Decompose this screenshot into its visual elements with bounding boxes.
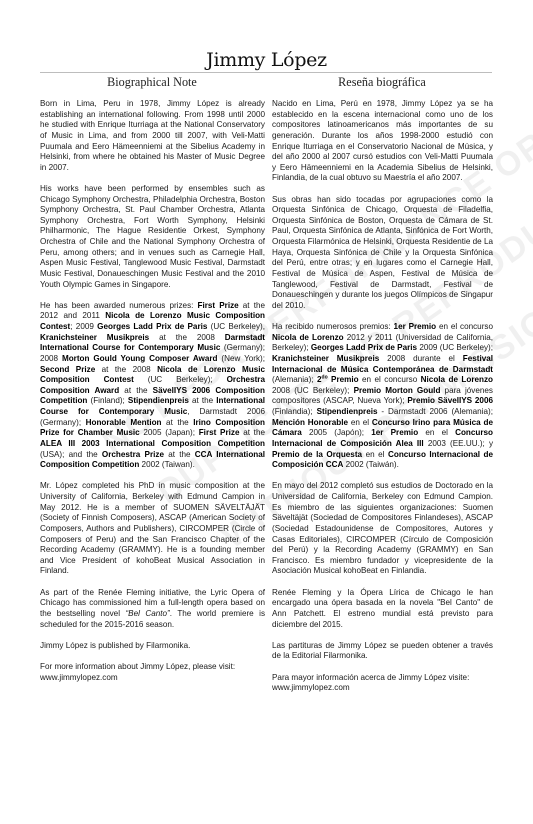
title-divider — [40, 72, 492, 73]
english-more-info-text: For more information about Jimmy López, … — [40, 662, 235, 671]
english-paragraph-opera: As part of the Renée Fleming initiative,… — [40, 588, 265, 631]
spanish-paragraph-phd: En mayo del 2012 completó sus estudios d… — [272, 481, 493, 577]
spanish-paragraph-prizes: Ha recibido numerosos premios: 1er Premi… — [272, 322, 493, 471]
english-website-link[interactable]: www.jimmylopez.com — [40, 673, 118, 682]
spanish-paragraph-opera: Renée Fleming y la Ópera Lírica de Chica… — [272, 588, 493, 631]
spanish-paragraph-publisher: Las partituras de Jimmy López se pueden … — [272, 641, 493, 662]
english-paragraph-more-info: For more information about Jimmy López, … — [40, 662, 265, 683]
document-title: Jimmy López — [0, 49, 533, 71]
english-paragraph-prizes: He has been awarded numerous prizes: Fir… — [40, 301, 265, 471]
spanish-paragraph-more-info: Para mayor información acerca de Jimmy L… — [272, 673, 493, 694]
english-paragraph-early-life: Born in Lima, Peru in 1978, Jimmy López … — [40, 99, 265, 173]
spanish-heading: Reseña biográfica — [272, 75, 492, 89]
spanish-paragraph-early-life: Nacido en Lima, Perú en 1978, Jimmy Lópe… — [272, 99, 493, 184]
spanish-column: Nacido en Lima, Perú en 1978, Jimmy Lópe… — [272, 99, 493, 705]
english-paragraph-publisher: Jimmy López is published by Filarmonika. — [40, 641, 265, 652]
english-paragraph-performances: His works have been performed by ensembl… — [40, 184, 265, 290]
english-paragraph-phd: Mr. López completed his PhD in music com… — [40, 481, 265, 577]
english-column: Born in Lima, Peru in 1978, Jimmy López … — [40, 99, 265, 694]
document-page: NOT FOR PERFORMANCE OR DUPLICATE OR REPR… — [0, 0, 533, 824]
english-heading: Biographical Note — [40, 75, 264, 89]
spanish-website-link[interactable]: www.jimmylopez.com — [272, 683, 350, 692]
spanish-paragraph-performances: Sus obras han sido tocadas por agrupacio… — [272, 195, 493, 312]
spanish-more-info-text: Para mayor información acerca de Jimmy L… — [272, 673, 469, 682]
